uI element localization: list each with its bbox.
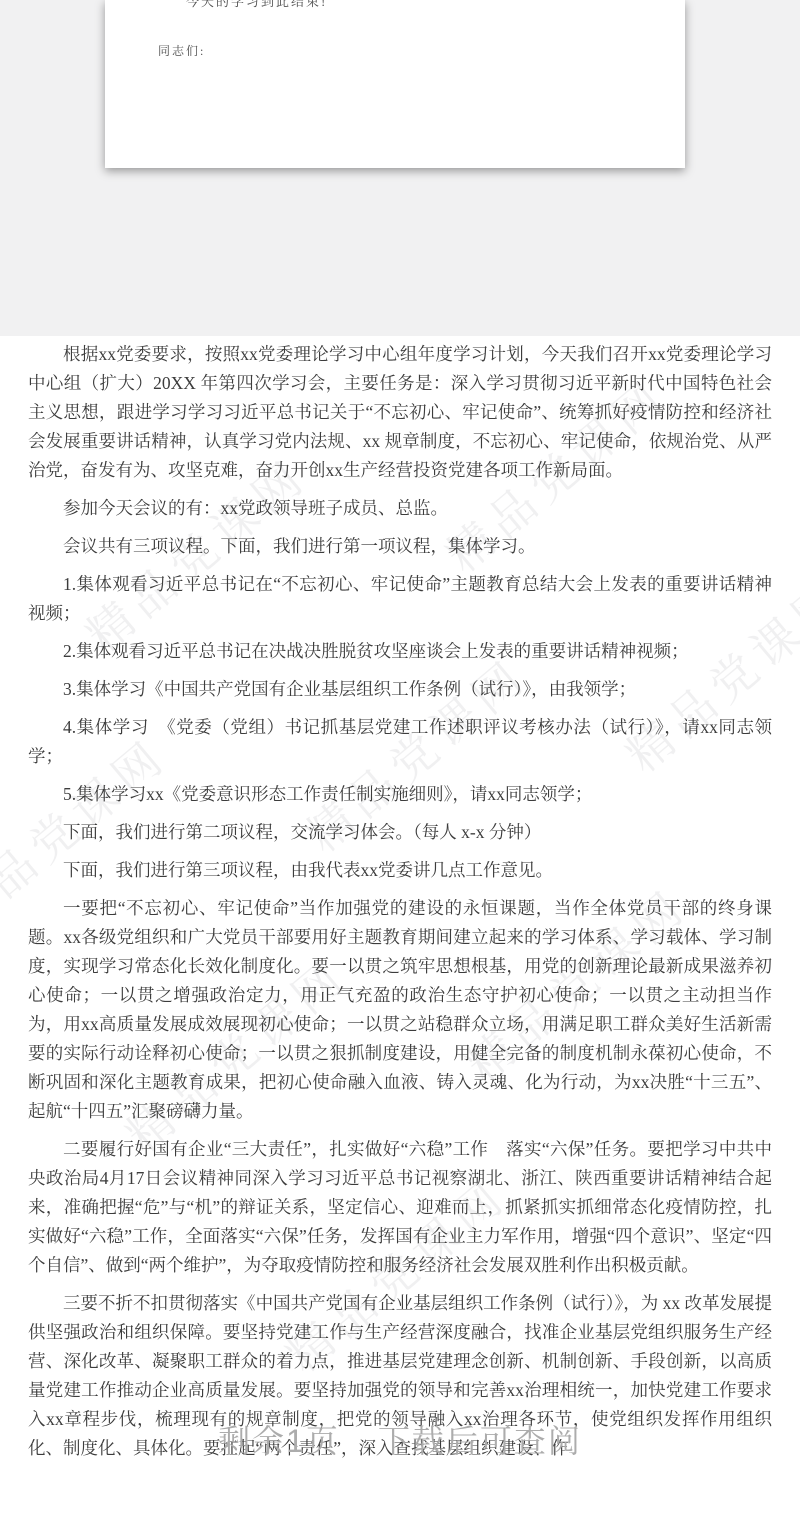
remaining-pages-hint[interactable]: 剩余1页下载后可查阅 [0,1416,800,1462]
remaining-pages-count: 剩余1页 [218,1423,340,1459]
document-body: 根据xx党委要求，按照xx党委理论学习中心组年度学习计划，今天我们召开xx党委理… [0,336,800,1463]
document-paragraph: 根据xx党委要求，按照xx党委理论学习中心组年度学习计划，今天我们召开xx党委理… [28,340,772,485]
document-paragraph: 2.集体观看习近平总书记在决战决胜脱贫攻坚座谈会上发表的重要讲话精神视频； [28,637,772,666]
previous-page-card: 今天的学习到此结束! 同志们: [105,0,685,168]
previous-page-closing-line: 今天的学习到此结束! [186,0,327,10]
previous-page-strip: 今天的学习到此结束! 同志们: [0,0,800,336]
document-paragraph: 4.集体学习 《党委（党组）书记抓基层党建工作述职评议考核办法（试行）》，请xx… [28,713,772,771]
document-paragraph: 1.集体观看习近平总书记在“不忘初心、牢记使命”主题教育总结大会上发表的重要讲话… [28,570,772,628]
document-paragraph: 3.集体学习《中国共产党国有企业基层组织工作条例（试行）》，由我领学； [28,675,772,704]
document-paragraph: 一要把“不忘初心、牢记使命”当作加强党的建设的永恒课题，当作全体党员干部的终身课… [28,894,772,1126]
download-to-view-label: 下载后可查阅 [378,1423,582,1459]
document-paragraph: 下面，我们进行第三项议程，由我代表xx党委讲几点工作意见。 [28,856,772,885]
document-paragraph: 二要履行好国有企业“三大责任”，扎实做好“六稳”工作 落实“六保”任务。要把学习… [28,1135,772,1280]
document-paragraph: 下面，我们进行第二项议程，交流学习体会。（每人 x-x 分钟） [28,818,772,847]
document-page: 根据xx党委要求，按照xx党委理论学习中心组年度学习计划，今天我们召开xx党委理… [0,336,800,1519]
document-paragraph: 5.集体学习xx《党委意识形态工作责任制实施细则》，请xx同志领学； [28,780,772,809]
document-paragraph: 参加今天会议的有：xx党政领导班子成员、总监。 [28,494,772,523]
document-paragraph: 会议共有三项议程。下面，我们进行第一项议程，集体学习。 [28,532,772,561]
previous-page-salutation: 同志们: [158,42,205,59]
